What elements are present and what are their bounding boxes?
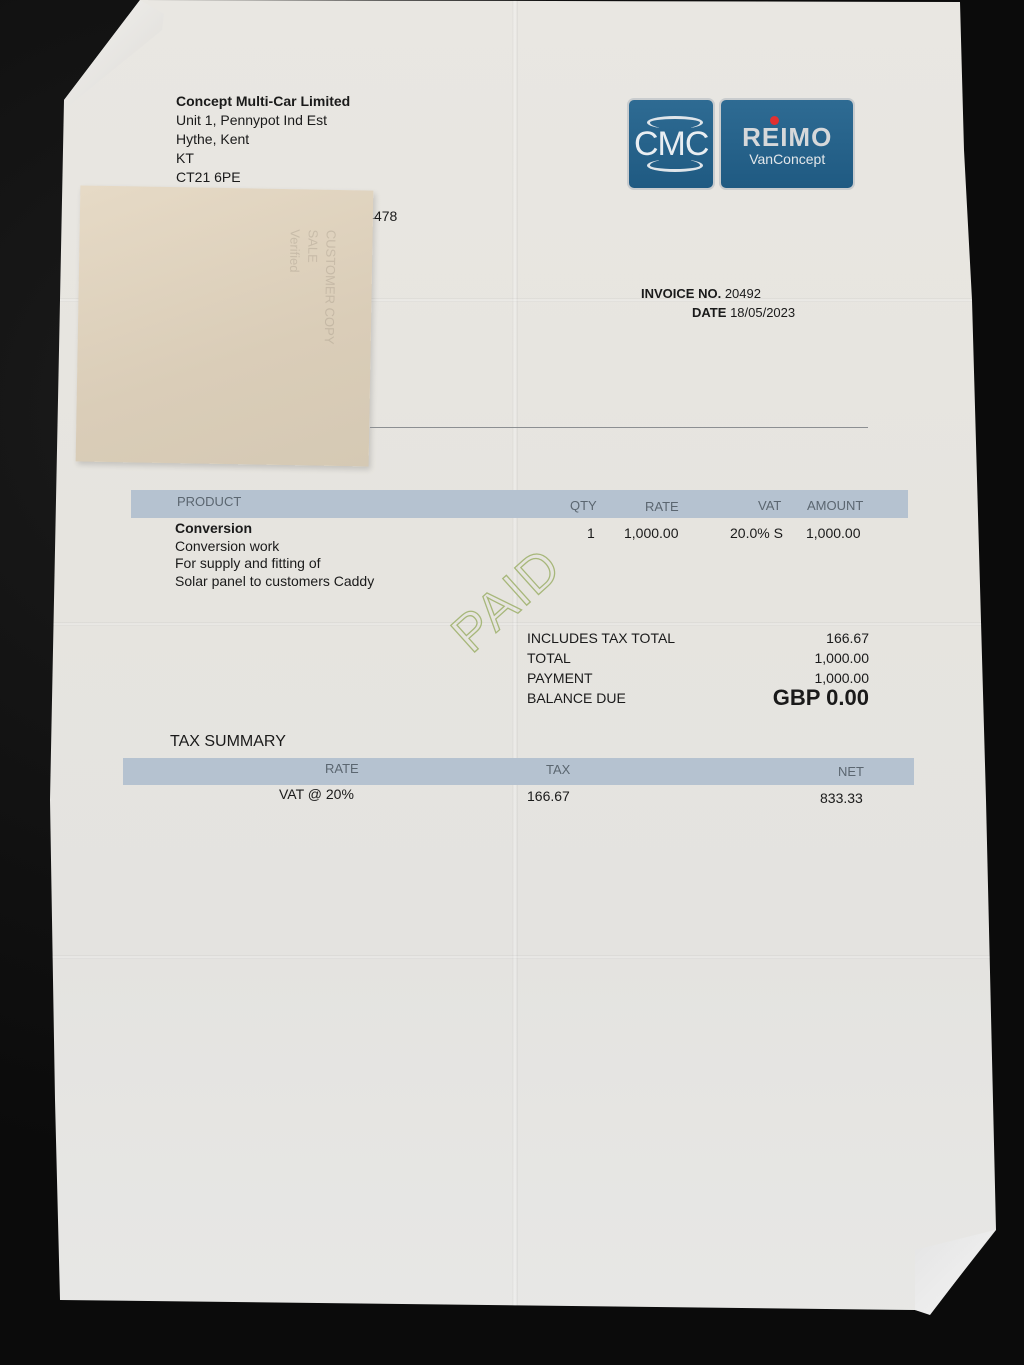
tax-amount-value: 166.67 xyxy=(527,788,570,804)
col-qty: QTY xyxy=(570,498,597,513)
balance-due-row: BALANCE DUEGBP 0.00 xyxy=(527,688,869,708)
col-rate: RATE xyxy=(645,499,679,514)
address-line: Unit 1, Pennypot Ind Est xyxy=(176,111,363,130)
col-product: PRODUCT xyxy=(177,494,241,509)
receipt-ghost-text: CUSTOMER COPY SALE Verified xyxy=(136,227,339,430)
address-line: KT xyxy=(176,149,363,168)
cmc-logo-icon: CMC xyxy=(627,98,715,190)
line-item-product: Conversion Conversion work For supply an… xyxy=(175,520,374,590)
reimo-logo-icon: REIMO VanConcept xyxy=(719,98,855,190)
line-item-vat: 20.0% S xyxy=(730,525,783,541)
total-row: TOTAL1,000.00 xyxy=(527,648,869,668)
card-receipt-overlay: CUSTOMER COPY SALE Verified xyxy=(76,185,374,466)
address-line: CT21 6PE xyxy=(176,168,363,187)
col-rate: RATE xyxy=(325,761,359,776)
col-net: NET xyxy=(838,764,864,779)
fold-crease xyxy=(40,955,1000,959)
line-item-amount: 1,000.00 xyxy=(806,525,861,541)
col-vat: VAT xyxy=(758,498,781,513)
divider xyxy=(370,427,868,428)
line-item-rate: 1,000.00 xyxy=(624,525,679,541)
tax-rate-value: VAT @ 20% xyxy=(279,786,354,802)
company-name: Concept Multi-Car Limited xyxy=(176,92,363,111)
tax-summary-header: RATE TAX NET xyxy=(123,758,914,785)
col-amount: AMOUNT xyxy=(807,498,863,513)
col-tax: TAX xyxy=(546,762,570,777)
invoice-date: DATE 18/05/2023 xyxy=(692,305,795,320)
line-items-header: PRODUCT QTY RATE VAT AMOUNT xyxy=(131,490,908,518)
tax-summary-title: TAX SUMMARY xyxy=(170,733,286,751)
tax-net-value: 833.33 xyxy=(820,790,863,806)
includes-tax-row: INCLUDES TAX TOTAL166.67 xyxy=(527,628,869,648)
balance-due-value: GBP 0.00 xyxy=(773,688,869,708)
address-line: Hythe, Kent xyxy=(176,130,363,149)
invoice-number: INVOICE NO. 20492 xyxy=(641,286,761,301)
brand-logo: CMC REIMO VanConcept xyxy=(627,98,855,190)
totals-block: INCLUDES TAX TOTAL166.67 TOTAL1,000.00 P… xyxy=(527,628,869,708)
line-item-qty: 1 xyxy=(587,525,595,541)
